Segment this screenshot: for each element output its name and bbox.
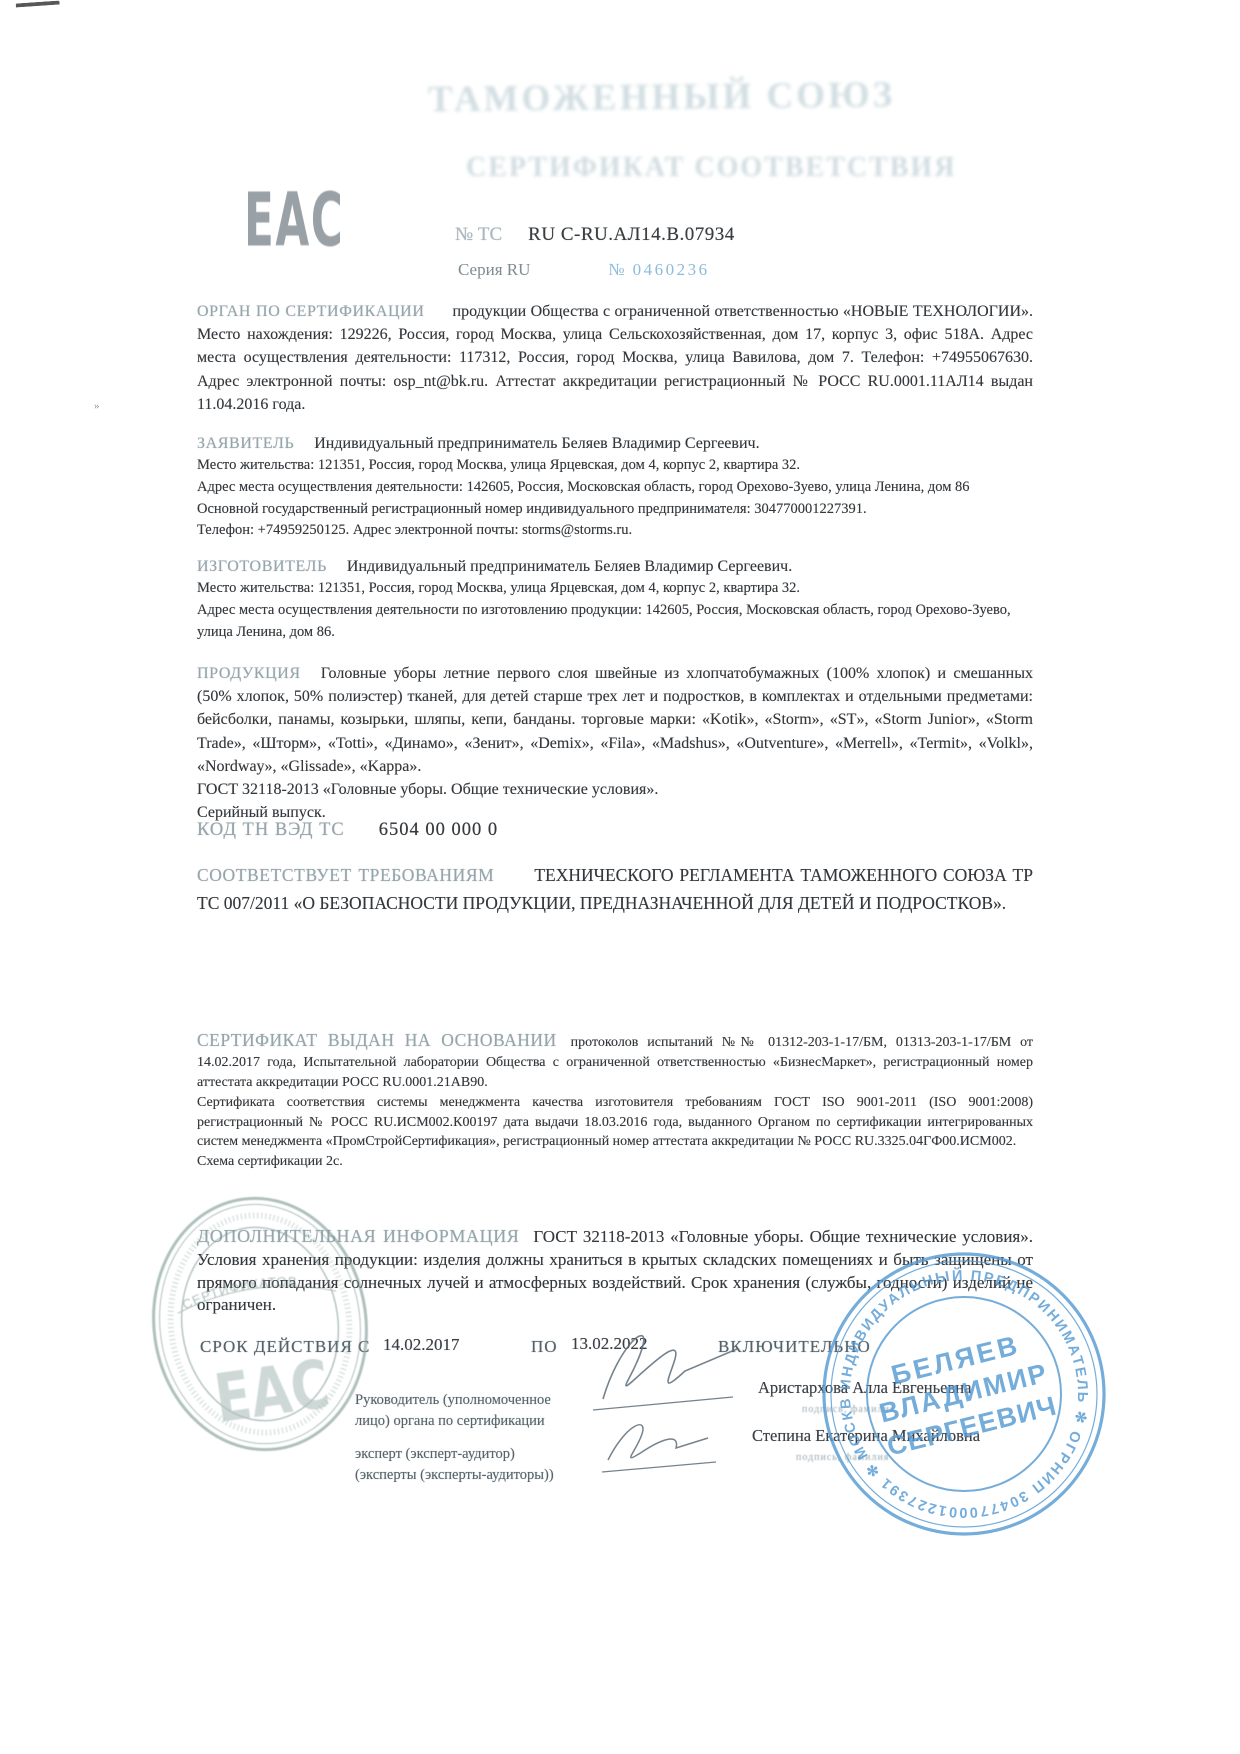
svg-text:СЕРТИФИКАТОВ: СЕРТИФИКАТОВ bbox=[178, 1270, 300, 1313]
signer-role-head-line2: лицо) органа по сертификации bbox=[355, 1411, 551, 1432]
section-compliance-label: СООТВЕТСТВУЕТ ТРЕБОВАНИЯМ bbox=[197, 865, 494, 885]
manufacturer-residence: Место жительства: 121351, Россия, город … bbox=[197, 578, 1033, 600]
applicant-name: Индивидуальный предприниматель Беляев Вл… bbox=[314, 435, 759, 452]
signer-role-expert-line2: (эксперты (эксперты-аудиторы)) bbox=[355, 1465, 554, 1486]
section-applicant-label: ЗАЯВИТЕЛЬ bbox=[197, 435, 294, 452]
stamp-word-certificates: СЕРТИФИКАТОВ bbox=[178, 1270, 300, 1313]
section-issued-on-basis: СЕРТИФИКАТ ВЫДАН НА ОСНОВАНИИпротоколов … bbox=[197, 1028, 1033, 1172]
certificate-number-row: № ТСRU C-RU.АЛ14.В.07934 bbox=[455, 224, 735, 246]
entrepreneur-stamp: ИНДИВИДУАЛЬНЫЙ ПРЕДПРИНИМАТЕЛЬ ✻ ОГРНИП … bbox=[816, 1246, 1112, 1542]
section-compliance: СООТВЕТСТВУЕТ ТРЕБОВАНИЯМТЕХНИЧЕСКОГО РЕ… bbox=[197, 862, 1033, 917]
section-manufacturer-label: ИЗГОТОВИТЕЛЬ bbox=[197, 558, 327, 575]
scan-artifact: » bbox=[94, 400, 100, 409]
applicant-activity-address: Адрес места осуществления деятельности: … bbox=[197, 477, 1033, 499]
scan-artifact bbox=[16, 0, 61, 17]
stamp-eac-mark: ЕАС bbox=[210, 1346, 334, 1439]
applicant-ogrnip: Основной государственный регистрационный… bbox=[197, 499, 1033, 521]
signer-role-expert: эксперт (эксперт-аудитор) (эксперты (экс… bbox=[355, 1444, 554, 1486]
section-applicant: ЗАЯВИТЕЛЬИндивидуальный предприниматель … bbox=[197, 432, 1033, 542]
signer-role-head: Руководитель (уполномоченное лицо) орган… bbox=[355, 1390, 551, 1432]
basis-qms-certificate: Сертификата соответствия системы менеджм… bbox=[197, 1093, 1033, 1153]
basis-certification-scheme: Схема сертификации 2с. bbox=[197, 1152, 1033, 1172]
series-number-sign: № bbox=[608, 260, 624, 279]
series-value: 0460236 bbox=[633, 260, 710, 279]
signer-role-head-line1: Руководитель (уполномоченное bbox=[355, 1390, 551, 1411]
tnved-code-value: 6504 00 000 0 bbox=[379, 820, 498, 840]
section-basis-label: СЕРТИФИКАТ ВЫДАН НА ОСНОВАНИИ bbox=[197, 1030, 557, 1050]
section-tnved-code: КОД ТН ВЭД ТС6504 00 000 0 bbox=[197, 820, 498, 841]
section-manufacturer: ИЗГОТОВИТЕЛЬИндивидуальный предпринимате… bbox=[197, 555, 1033, 643]
signature-head-ink bbox=[585, 1315, 755, 1415]
applicant-intro-row: ЗАЯВИТЕЛЬИндивидуальный предприниматель … bbox=[197, 432, 1033, 455]
eac-logo: ЕАС bbox=[244, 178, 344, 264]
signer-role-expert-line1: эксперт (эксперт-аудитор) bbox=[355, 1444, 554, 1465]
validity-to-label: ПО bbox=[531, 1337, 558, 1357]
section-products: ПРОДУКЦИЯГоловные уборы летние первого с… bbox=[197, 662, 1033, 824]
manufacturer-name: Индивидуальный предприниматель Беляев Вл… bbox=[347, 558, 792, 575]
series-label: Серия RU bbox=[458, 260, 530, 279]
section-products-label: ПРОДУКЦИЯ bbox=[197, 665, 301, 682]
products-description: Головные уборы летние первого слоя швейн… bbox=[197, 665, 1033, 775]
title-customs-union: ТАМОЖЕННЫЙ СОЮЗ bbox=[428, 74, 896, 122]
certificate-page: » ЕАС ТАМОЖЕННЫЙ СОЮЗ СЕРТИФИКАТ СООТВЕТ… bbox=[0, 0, 1240, 1754]
manufacturer-intro-row: ИЗГОТОВИТЕЛЬИндивидуальный предпринимате… bbox=[197, 555, 1033, 578]
series-row: Серия RU№0460236 bbox=[458, 260, 710, 280]
signature-expert-ink bbox=[596, 1408, 736, 1478]
certification-body-stamp: СЕРТИФИКАТОВ ЕАС bbox=[146, 1190, 374, 1458]
applicant-contacts: Телефон: +74959250125. Адрес электронной… bbox=[197, 520, 1033, 542]
section-certification-body: ОРГАН ПО СЕРТИФИКАЦИИпродукции Общества … bbox=[197, 300, 1033, 416]
certificate-number-label: № ТС bbox=[455, 224, 502, 245]
title-certificate-of-conformity: СЕРТИФИКАТ СООТВЕТСТВИЯ bbox=[466, 152, 956, 184]
manufacturer-production-address: Адрес места осуществления деятельности п… bbox=[197, 600, 1033, 644]
tnved-code-label: КОД ТН ВЭД ТС bbox=[197, 820, 345, 840]
section-certification-body-label: ОРГАН ПО СЕРТИФИКАЦИИ bbox=[197, 303, 425, 320]
validity-from-date: 14.02.2017 bbox=[383, 1335, 460, 1355]
products-gost: ГОСТ 32118-2013 «Головные уборы. Общие т… bbox=[197, 778, 1033, 801]
applicant-residence: Место жительства: 121351, Россия, город … bbox=[197, 455, 1033, 477]
certificate-number-value: RU C-RU.АЛ14.В.07934 bbox=[528, 224, 735, 245]
